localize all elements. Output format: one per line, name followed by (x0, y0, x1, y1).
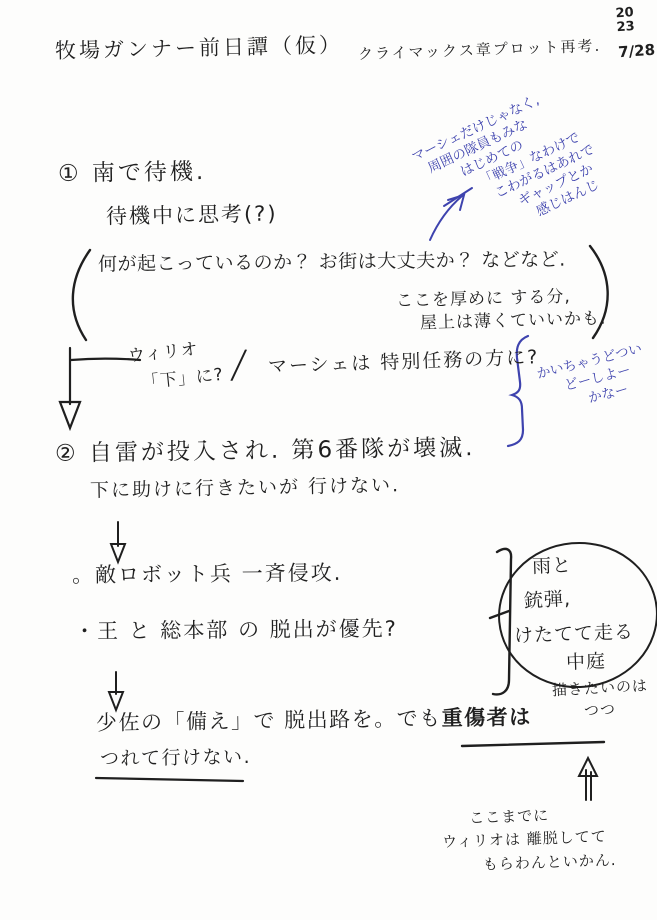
page-title: 牧場ガンナー前日譚（仮） (55, 33, 343, 63)
bottom-note-line: もらわんといかん. (443, 851, 617, 874)
plan-line-tail: つれて行けない. (100, 747, 251, 771)
bottom-note: ここまでに ウィリオは 離脱してて もらわんといかん. (441, 805, 617, 875)
circle-note-line: 中庭 (566, 651, 607, 674)
page-subtitle: クライマックス章プロット再考. (358, 38, 602, 64)
branch-question: 「下」に? (141, 366, 225, 394)
handwritten-note-page: 牧場ガンナー前日譚（仮） クライマックス章プロット再考. 20 23 7/28 … (0, 0, 657, 920)
circle-caption2: つつ (584, 701, 617, 720)
plan-line-head: 少佐の「備え」で 脱出路を。でも (96, 706, 442, 735)
branch-name: ウィリオ (127, 340, 199, 367)
section1-paren-text: 何が起こっているのか？ お街は大丈夫か？ などなど. (98, 250, 566, 277)
underline-stroke (462, 742, 604, 746)
down-arrow-icon (111, 522, 125, 562)
section1-heading: ① 南で待機. (58, 159, 207, 188)
branch-alternative: マーシェは 特別任務の方に? (268, 347, 540, 378)
slash-divider: / (229, 341, 249, 388)
section1-note1: ここを厚めに する分, (396, 288, 571, 312)
bullet-enemy-robots: 。敵ロボット兵 一斉侵攻. (72, 561, 343, 587)
date-year-bottom: 23 (616, 19, 654, 36)
section1-note2: 屋上は薄くていいかも. (420, 310, 607, 334)
circle-note-line: 銃弾, (523, 589, 571, 613)
plan-line: 少佐の「備え」で 脱出路を。でも重傷者は (96, 705, 532, 735)
up-arrow-icon (579, 758, 597, 800)
circle-note-line: 雨と (532, 555, 573, 578)
bottom-note-line: ここまでに (441, 805, 615, 828)
right-bracket-icon (490, 549, 511, 695)
down-arrow-icon (109, 672, 123, 710)
section2-subline: 下に助けに行きたいが 行けない. (90, 475, 400, 502)
underline-stroke (96, 778, 243, 781)
section1-subline: 待機中に思考(?) (106, 202, 278, 229)
plan-line-emphasis: 重傷者は (442, 705, 532, 730)
date-day: 7/28 (618, 41, 656, 60)
blue-margin-note-side: かいちゃうどつい どーしよー かなー (535, 340, 653, 418)
bullet-king-escape: ・王 と 総本部 の 脱出が優先? (74, 617, 398, 644)
section2-heading: ② 自雷が投入され. 第6番隊が壊滅. (55, 435, 476, 467)
date-note: 20 23 7/28 (615, 5, 655, 61)
circle-note-line: けたてて走る (514, 622, 635, 648)
circle-caption1: 描きたいのは (552, 677, 649, 699)
blue-margin-note-top: マーシェだけじゃなく, 周囲の隊員もみな はじめての 「戦争」なわけで こわがる… (404, 80, 612, 261)
bottom-note-line: ウィリオは 離脱してて (442, 828, 616, 851)
open-paren-stroke (73, 250, 90, 340)
